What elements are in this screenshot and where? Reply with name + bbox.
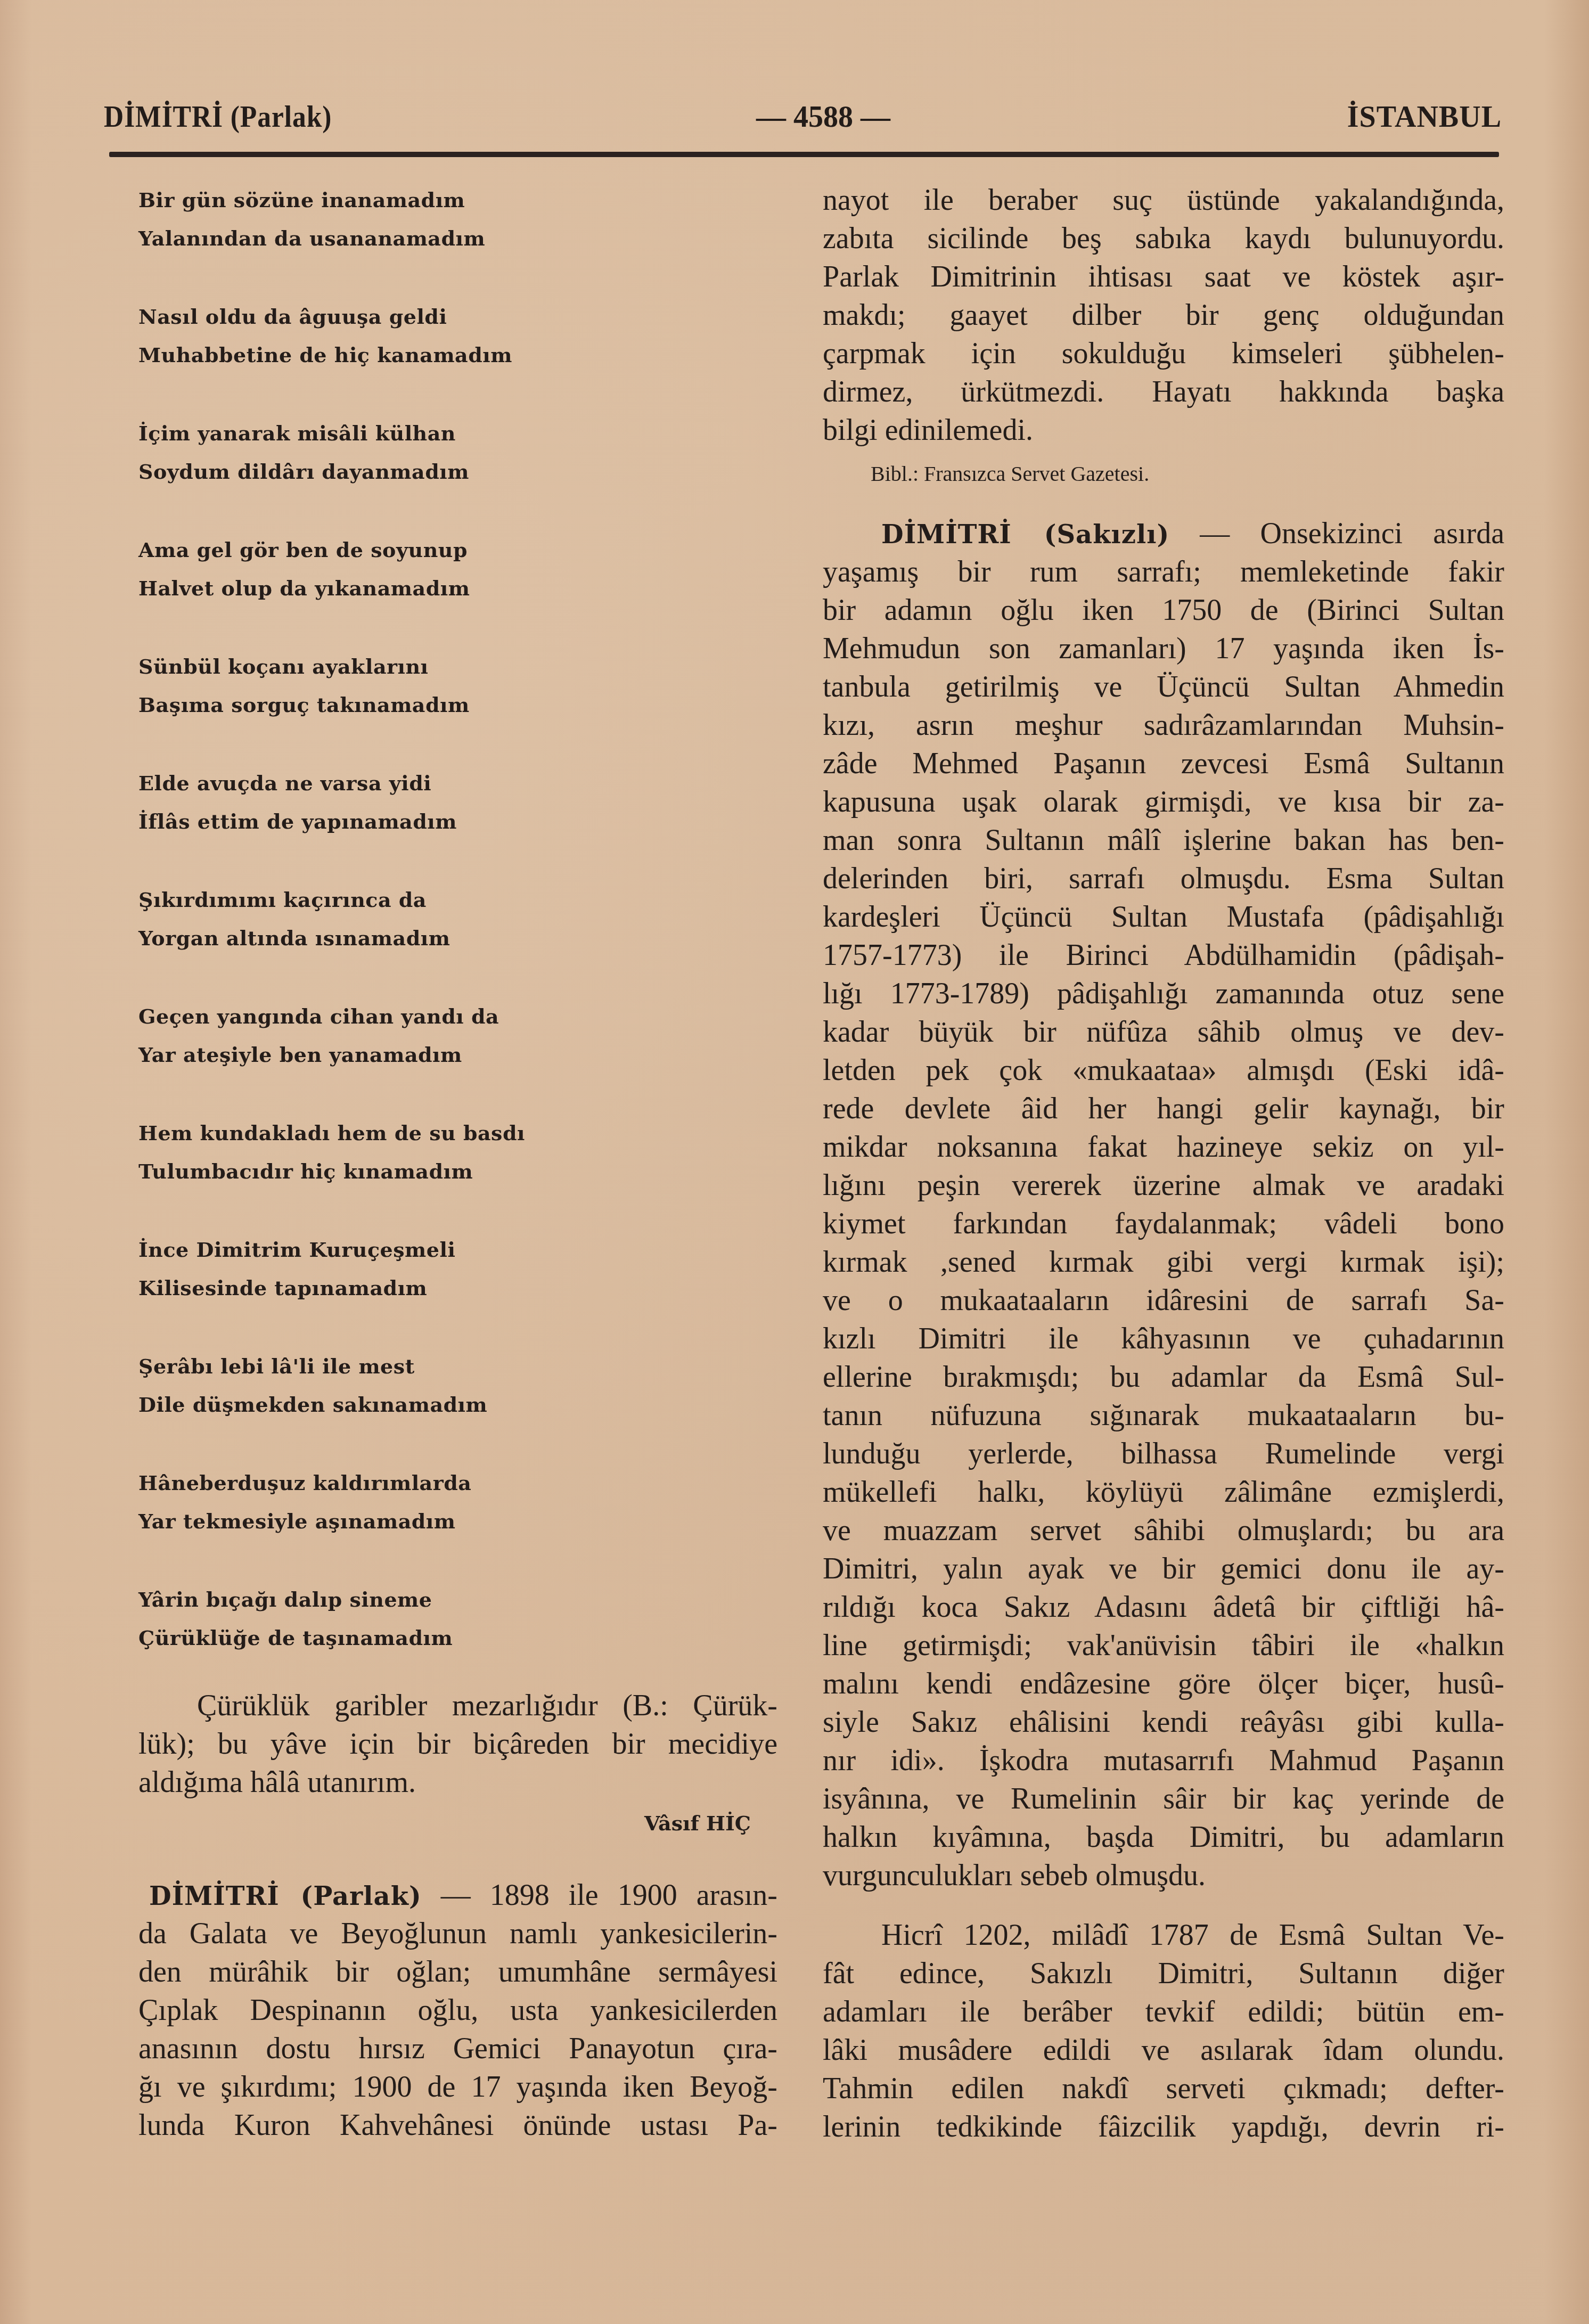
entry-line: den mürâhik bir oğlan; umumhâne sermâyes… xyxy=(138,1953,777,1991)
poem-line: Yârin bıçağı dalıp sineme xyxy=(138,1581,777,1619)
poem-stanza: Sünbül koçanı ayaklarınıBaşıma sorguç ta… xyxy=(138,648,777,724)
poem-stanza: Şerâbı lebi lâ'li ile mestDile düşmekden… xyxy=(138,1347,777,1424)
entry-line: mükellefi halkı, köylüyü zâlimâne ezmişl… xyxy=(823,1473,1504,1511)
entry-line: kiymet farkından faydalanmak; vâdeli bon… xyxy=(823,1205,1504,1243)
author-signature: Vâsıf HİÇ xyxy=(138,1811,777,1843)
bibliography: Bibl.: Fransızca Servet Gazetesi. xyxy=(823,461,1504,493)
entry-line: ve o mukaataaların idâresini de sarrafı … xyxy=(823,1281,1504,1320)
entry-line: bir adamın oğlu iken 1750 de (Birinci Su… xyxy=(823,591,1504,629)
note-line: Çürüklük garibler mezarlığıdır (B.: Çürü… xyxy=(138,1687,777,1725)
entry-line: 1757-1773) ile Birinci Abdülhamidin (pâd… xyxy=(823,936,1504,975)
entry-line: tanın nüfuzuna sığınarak mukaataaların b… xyxy=(823,1396,1504,1435)
entry-line: letden pek çok «mukaataa» almışdı (Eski … xyxy=(823,1051,1504,1090)
entry-line: ve muazzam servet sâhibi olmuşlardı; bu … xyxy=(823,1511,1504,1550)
poem-stanza: Geçen yangında cihan yandı daYar ateşiyl… xyxy=(138,997,777,1074)
left-column: Bir gün sözüne inanamadımYalanından da u… xyxy=(138,181,777,2145)
entry-line: mikdar noksanına fakat hazineye sekiz on… xyxy=(823,1128,1504,1166)
poem-line: Tulumbacıdır hiç kınamadım xyxy=(138,1152,777,1191)
poem-line: Şıkırdımımı kaçırınca da xyxy=(138,881,777,919)
entry-heading: DİMİTRİ (Parlak) xyxy=(149,1881,422,1911)
poem: Bir gün sözüne inanamadımYalanından da u… xyxy=(138,181,777,1657)
poem-line: Halvet olup da yıkanamadım xyxy=(138,569,777,608)
entry-line: lığı 1773-1789) pâdişahlığı zamanında ot… xyxy=(823,975,1504,1013)
entry-line: Çıplak Despinanın oğlu, usta yankesicile… xyxy=(138,1991,777,2030)
entry-line: Parlak Dimitrinin ihtisası saat ve köste… xyxy=(823,258,1504,296)
entry-line: adamları ile berâber tevkif edildi; bütü… xyxy=(823,1993,1504,2031)
poem-line: İnce Dimitrim Kuruçeşmeli xyxy=(138,1231,777,1269)
entry-line: vurgunculukları sebeb olmuşdu. xyxy=(823,1856,1504,1895)
entry-line: line getirmişdi; vak'anüvisin tâbiri ile… xyxy=(823,1626,1504,1665)
entry-text: — 1898 ile 1900 arasın- xyxy=(441,1879,777,1912)
poem-line: Sünbül koçanı ayaklarını xyxy=(138,648,777,686)
poem-line: İflâs ettim de yapınamadım xyxy=(138,803,777,841)
entry-line: zâde Mehmed Paşanın zevcesi Esmâ Sultanı… xyxy=(823,744,1504,783)
entry-dimitri-sakizli: DİMİTRİ (Sakızlı) — Onsekizinci asırda y… xyxy=(823,514,1504,1895)
entry-line: Mehmudun son zamanları) 17 yaşında iken … xyxy=(823,629,1504,668)
poem-line: Nasıl oldu da âguuşa geldi xyxy=(138,298,777,336)
entry-paragraph-2: Hicrî 1202, milâdî 1787 de Esmâ Sultan V… xyxy=(823,1916,1504,2146)
entry-line: rıldığı koca Sakız Adasını âdetâ bir çif… xyxy=(823,1588,1504,1626)
entry-line: kadar büyük bir nüfûza sâhib olmuş ve de… xyxy=(823,1013,1504,1051)
entry-line: makdı; gaayet dilber bir genç olduğundan xyxy=(823,296,1504,334)
entry-line: ellerine bırakmışdı; bu adamlar da Esmâ … xyxy=(823,1358,1504,1396)
poem-line: Hâneberduşuz kaldırımlarda xyxy=(138,1464,777,1502)
entry-line: Hicrî 1202, milâdî 1787 de Esmâ Sultan V… xyxy=(823,1916,1504,1954)
poem-line: İçim yanarak misâli külhan xyxy=(138,414,777,453)
header-rule xyxy=(109,152,1499,157)
poem-line: Muhabbetine de hiç kanamadım xyxy=(138,336,777,374)
poem-line: Yalanından da usananamadım xyxy=(138,219,777,258)
entry-line: lunduğu yerlerde, bilhassa Rumelinde ver… xyxy=(823,1435,1504,1473)
poem-stanza: İçim yanarak misâli külhanSoydum dildârı… xyxy=(138,414,777,491)
poem-line: Kilisesinde tapınamadım xyxy=(138,1269,777,1307)
poem-line: Hem kundakladı hem de su basdı xyxy=(138,1114,777,1152)
poem-stanza: Hem kundakladı hem de su basdıTulumbacıd… xyxy=(138,1114,777,1191)
page-number: — 4588 — xyxy=(756,100,890,134)
entry-line: anasının dostu hırsız Gemici Panayotun ç… xyxy=(138,2030,777,2068)
entry-line: nır idi». İşkodra mutasarrıfı Mahmud Paş… xyxy=(823,1741,1504,1780)
poem-line: Dile düşmekden sakınamadım xyxy=(138,1386,777,1424)
entry-dimitri-parlak: DİMİTRİ (Parlak) — 1898 ile 1900 arasın-… xyxy=(138,1876,777,2145)
poem-stanza: İnce Dimitrim KuruçeşmeliKilisesinde tap… xyxy=(138,1231,777,1307)
entry-line: lerinin tedkikinde fâizcilik yapdığı, de… xyxy=(823,2108,1504,2146)
poem-line: Şerâbı lebi lâ'li ile mest xyxy=(138,1347,777,1386)
poem-stanza: Nasıl oldu da âguuşa geldiMuhabbetine de… xyxy=(138,298,777,374)
entry-line: lunda Kuron Kahvehânesi önünde ustası Pa… xyxy=(138,2106,777,2145)
poem-line: Yorgan altında ısınamadım xyxy=(138,919,777,958)
entry-line: zabıta sicilinde beş sabıka kaydı bulunu… xyxy=(823,219,1504,258)
entry-line: siyle Sakız ehâlisini kendi reâyâsı gibi… xyxy=(823,1703,1504,1741)
note-line: aldığıma hâlâ utanırım. xyxy=(138,1763,777,1802)
entry-text: — Onsekizinci asırda xyxy=(1200,517,1504,550)
entry-dimitri-parlak-continued: nayot ile beraber suç üstünde yakalandığ… xyxy=(823,181,1504,449)
entry-line: isyânına, ve Rumelinin sâir bir kaç yeri… xyxy=(823,1780,1504,1818)
entry-line: nayot ile beraber suç üstünde yakalandığ… xyxy=(823,181,1504,219)
header-volume-title: İSTANBUL xyxy=(1347,100,1502,134)
poem-stanza: Elde avuçda ne varsa yidiİflâs ettim de … xyxy=(138,764,777,841)
entry-line: yaşamış bir rum sarrafı; memleketinde fa… xyxy=(823,553,1504,591)
entry-heading: DİMİTRİ (Sakızlı) xyxy=(881,520,1169,550)
entry-first-line: DİMİTRİ (Sakızlı) — Onsekizinci asırda xyxy=(823,514,1504,553)
poem-line: Çürüklüğe de taşınamadım xyxy=(138,1619,777,1657)
entry-line: lâki musâdere edildi ve asılarak îdam ol… xyxy=(823,2031,1504,2069)
entry-line: Dimitri, yalın ayak ve bir gemici donu i… xyxy=(823,1550,1504,1588)
entry-line: çarpmak için sokulduğu kimseleri şübhele… xyxy=(823,334,1504,373)
poem-stanza: Ama gel gör ben de soyunupHalvet olup da… xyxy=(138,531,777,608)
entry-line: fât edince, Sakızlı Dimitri, Sultanın di… xyxy=(823,1954,1504,1993)
poem-line: Yar tekmesiyle aşınamadım xyxy=(138,1502,777,1541)
entry-line: da Galata ve Beyoğlunun namlı yankesicil… xyxy=(138,1914,777,1953)
entry-line: lığını peşin vererek üzerine almak ve ar… xyxy=(823,1166,1504,1205)
entry-line: kardeşleri Üçüncü Sultan Mustafa (pâdişa… xyxy=(823,898,1504,936)
poem-note: Çürüklük garibler mezarlığıdır (B.: Çürü… xyxy=(138,1687,777,1802)
poem-line: Geçen yangında cihan yandı da xyxy=(138,997,777,1036)
entry-line: kızlı Dimitri ile kâhyasının ve çuhadarı… xyxy=(823,1320,1504,1358)
entry-line: tanbula getirilmiş ve Üçüncü Sultan Ahme… xyxy=(823,668,1504,706)
entry-line: delerinden biri, sarrafı olmuşdu. Esma S… xyxy=(823,860,1504,898)
poem-stanza: Yârin bıçağı dalıp sinemeÇürüklüğe de ta… xyxy=(138,1581,777,1657)
entry-line: dirmez, ürkütmezdi. Hayatı hakkında başk… xyxy=(823,373,1504,411)
poem-line: Başıma sorguç takınamadım xyxy=(138,686,777,724)
entry-line: kırmak ,sened kırmak gibi vergi kırmak i… xyxy=(823,1243,1504,1281)
poem-stanza: Bir gün sözüne inanamadımYalanından da u… xyxy=(138,181,777,258)
entry-line: halkın kıyâmına, başda Dimitri, bu adaml… xyxy=(823,1818,1504,1856)
entry-line: kapusuna uşak olarak girmişdi, ve kısa b… xyxy=(823,783,1504,821)
entry-line: bilgi edinilemedi. xyxy=(823,411,1504,449)
entry-first-line: DİMİTRİ (Parlak) — 1898 ile 1900 arasın- xyxy=(138,1876,777,1914)
note-line: lük); bu yâve için bir biçâreden bir mec… xyxy=(138,1725,777,1763)
entry-line: rede devlete âid her hangi gelir kaynağı… xyxy=(823,1090,1504,1128)
poem-line: Elde avuçda ne varsa yidi xyxy=(138,764,777,803)
running-header: DİMİTRİ (Parlak) — 4588 — İSTANBUL xyxy=(104,96,1502,144)
entry-line: kızı, asrın meşhur sadırâzamlarından Muh… xyxy=(823,706,1504,744)
entry-line: malını kendi endâzesine göre ölçer biçer… xyxy=(823,1665,1504,1703)
entry-line: ğı ve şıkırdımı; 1900 de 17 yaşında iken… xyxy=(138,2068,777,2106)
header-entry-title: DİMİTRİ (Parlak) xyxy=(104,100,332,134)
poem-line: Ama gel gör ben de soyunup xyxy=(138,531,777,569)
poem-line: Soydum dildârı dayanmadım xyxy=(138,453,777,491)
poem-stanza: Hâneberduşuz kaldırımlardaYar tekmesiyle… xyxy=(138,1464,777,1541)
poem-line: Yar ateşiyle ben yanamadım xyxy=(138,1036,777,1074)
right-column: nayot ile beraber suç üstünde yakalandığ… xyxy=(823,181,1504,2146)
poem-line: Bir gün sözüne inanamadım xyxy=(138,181,777,219)
entry-line: man sonra Sultanın mâlî işlerine bakan h… xyxy=(823,821,1504,860)
entry-line: Tahmin edilen nakdî serveti çıkmadı; def… xyxy=(823,2069,1504,2108)
poem-stanza: Şıkırdımımı kaçırınca daYorgan altında ı… xyxy=(138,881,777,958)
